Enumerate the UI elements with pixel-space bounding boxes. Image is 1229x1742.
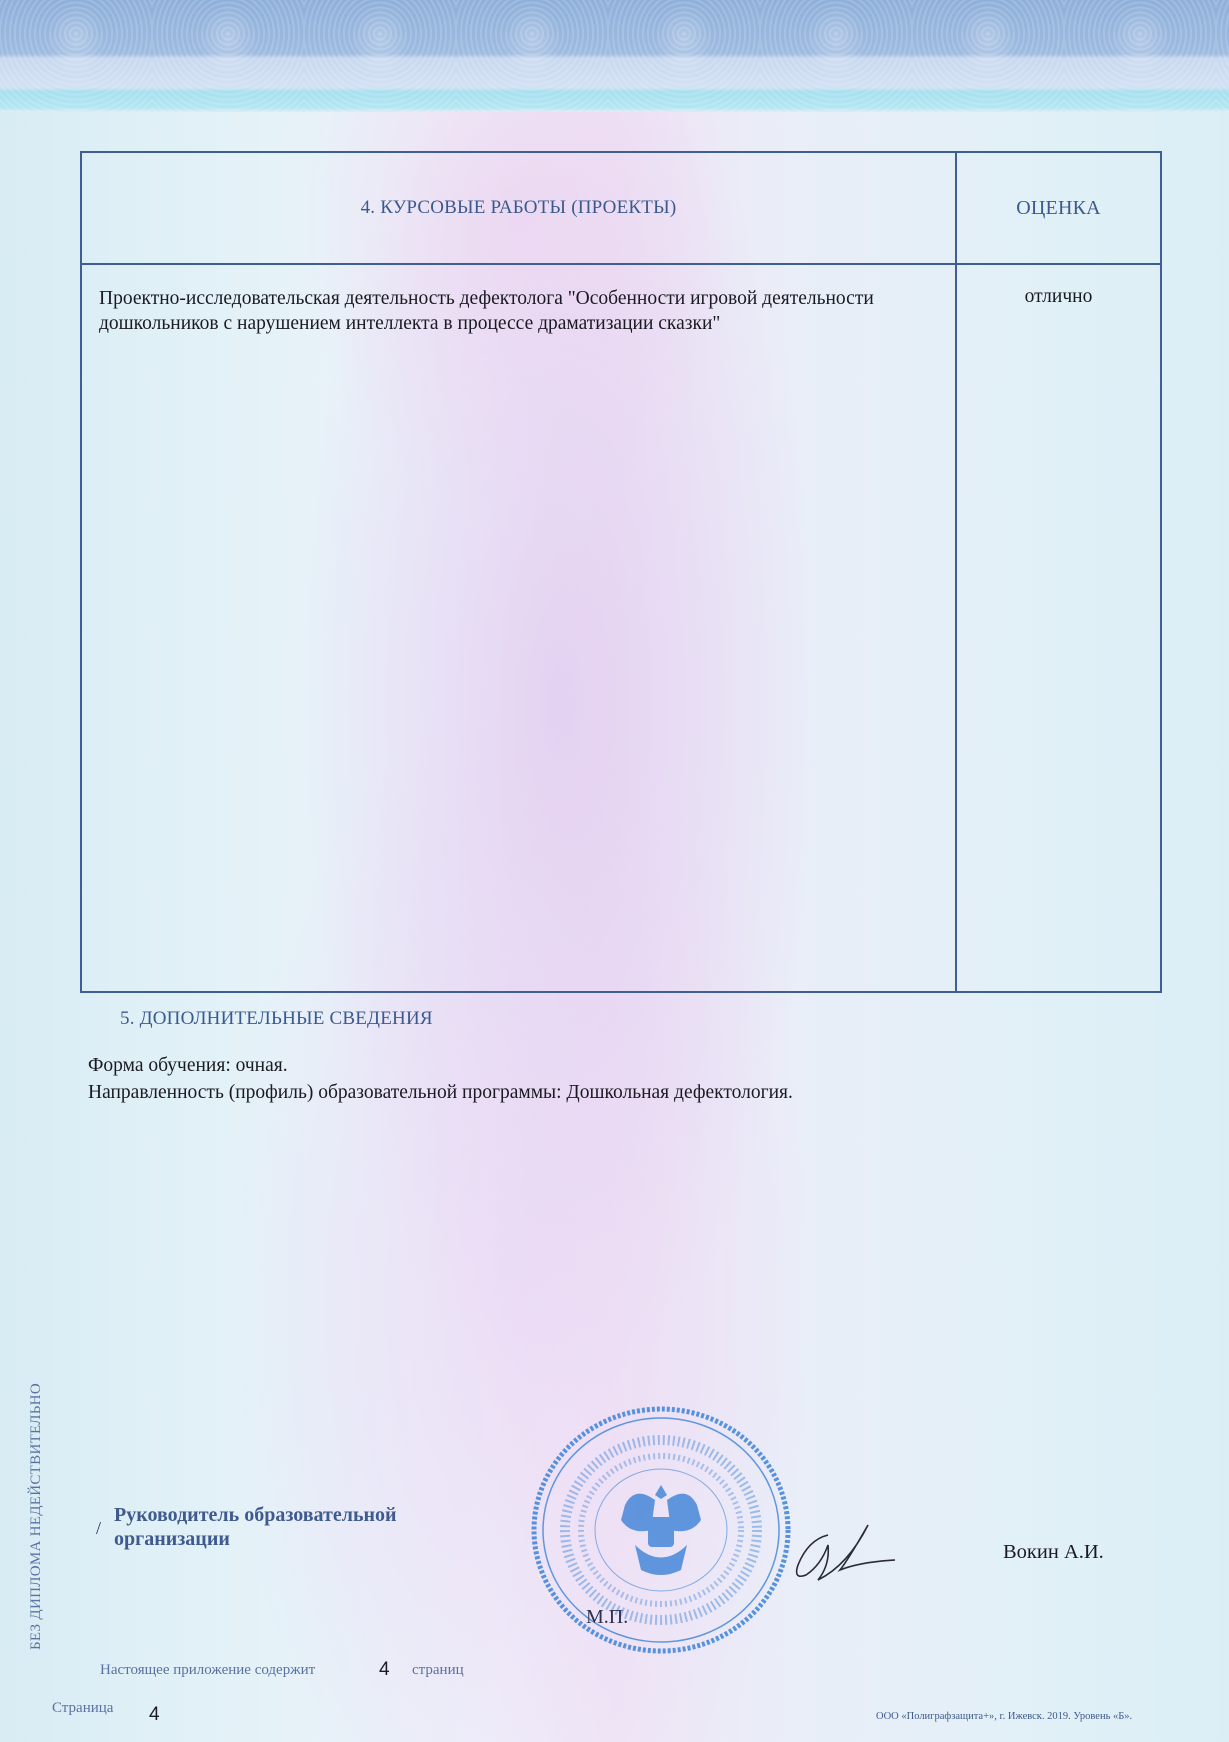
invalid-without-diploma-note: БЕЗ ДИПЛОМА НЕДЕЙСТВИТЕЛЬНО <box>28 1383 45 1650</box>
printer-imprint: ООО «Полиграфзащита+», г. Ижевск. 2019. … <box>876 1711 1132 1722</box>
program-profile-line: Направленность (профиль) образовательной… <box>88 1082 793 1104</box>
coursework-table: 4. КУРСОВЫЕ РАБОТЫ (ПРОЕКТЫ) ОЦЕНКА Прое… <box>80 151 1162 993</box>
coursework-column-header: 4. КУРСОВЫЕ РАБОТЫ (ПРОЕКТЫ) <box>82 153 955 263</box>
slash-mark: / <box>96 1518 101 1539</box>
handwritten-signature-icon <box>790 1515 900 1585</box>
study-form-line: Форма обучения: очная. <box>88 1055 288 1077</box>
page-label: Страница <box>52 1700 113 1717</box>
stamp-place-label: М.П. <box>586 1606 628 1629</box>
coursework-grade-cell: отлично <box>957 286 1160 308</box>
head-of-organization-label: Руководитель образовательной организации <box>114 1503 444 1551</box>
official-seal-stamp-icon <box>530 1405 792 1655</box>
column-divider <box>955 153 957 991</box>
grade-column-header: ОЦЕНКА <box>957 153 1160 263</box>
coursework-title-cell: Проектно-исследовательская деятельность … <box>99 286 929 336</box>
page-number: 4 <box>149 1704 160 1726</box>
pages-count-prefix: Настоящее приложение содержит <box>100 1662 315 1679</box>
header-row-divider <box>82 263 1160 265</box>
pages-count-value: 4 <box>379 1659 390 1681</box>
guilloche-header-band <box>0 0 1229 112</box>
pages-count-suffix: страниц <box>412 1662 464 1679</box>
additional-info-heading: 5. ДОПОЛНИТЕЛЬНЫЕ СВЕДЕНИЯ <box>120 1008 433 1030</box>
signer-name: Вокин А.И. <box>1003 1541 1104 1564</box>
guilloche-ornament <box>0 0 1229 112</box>
